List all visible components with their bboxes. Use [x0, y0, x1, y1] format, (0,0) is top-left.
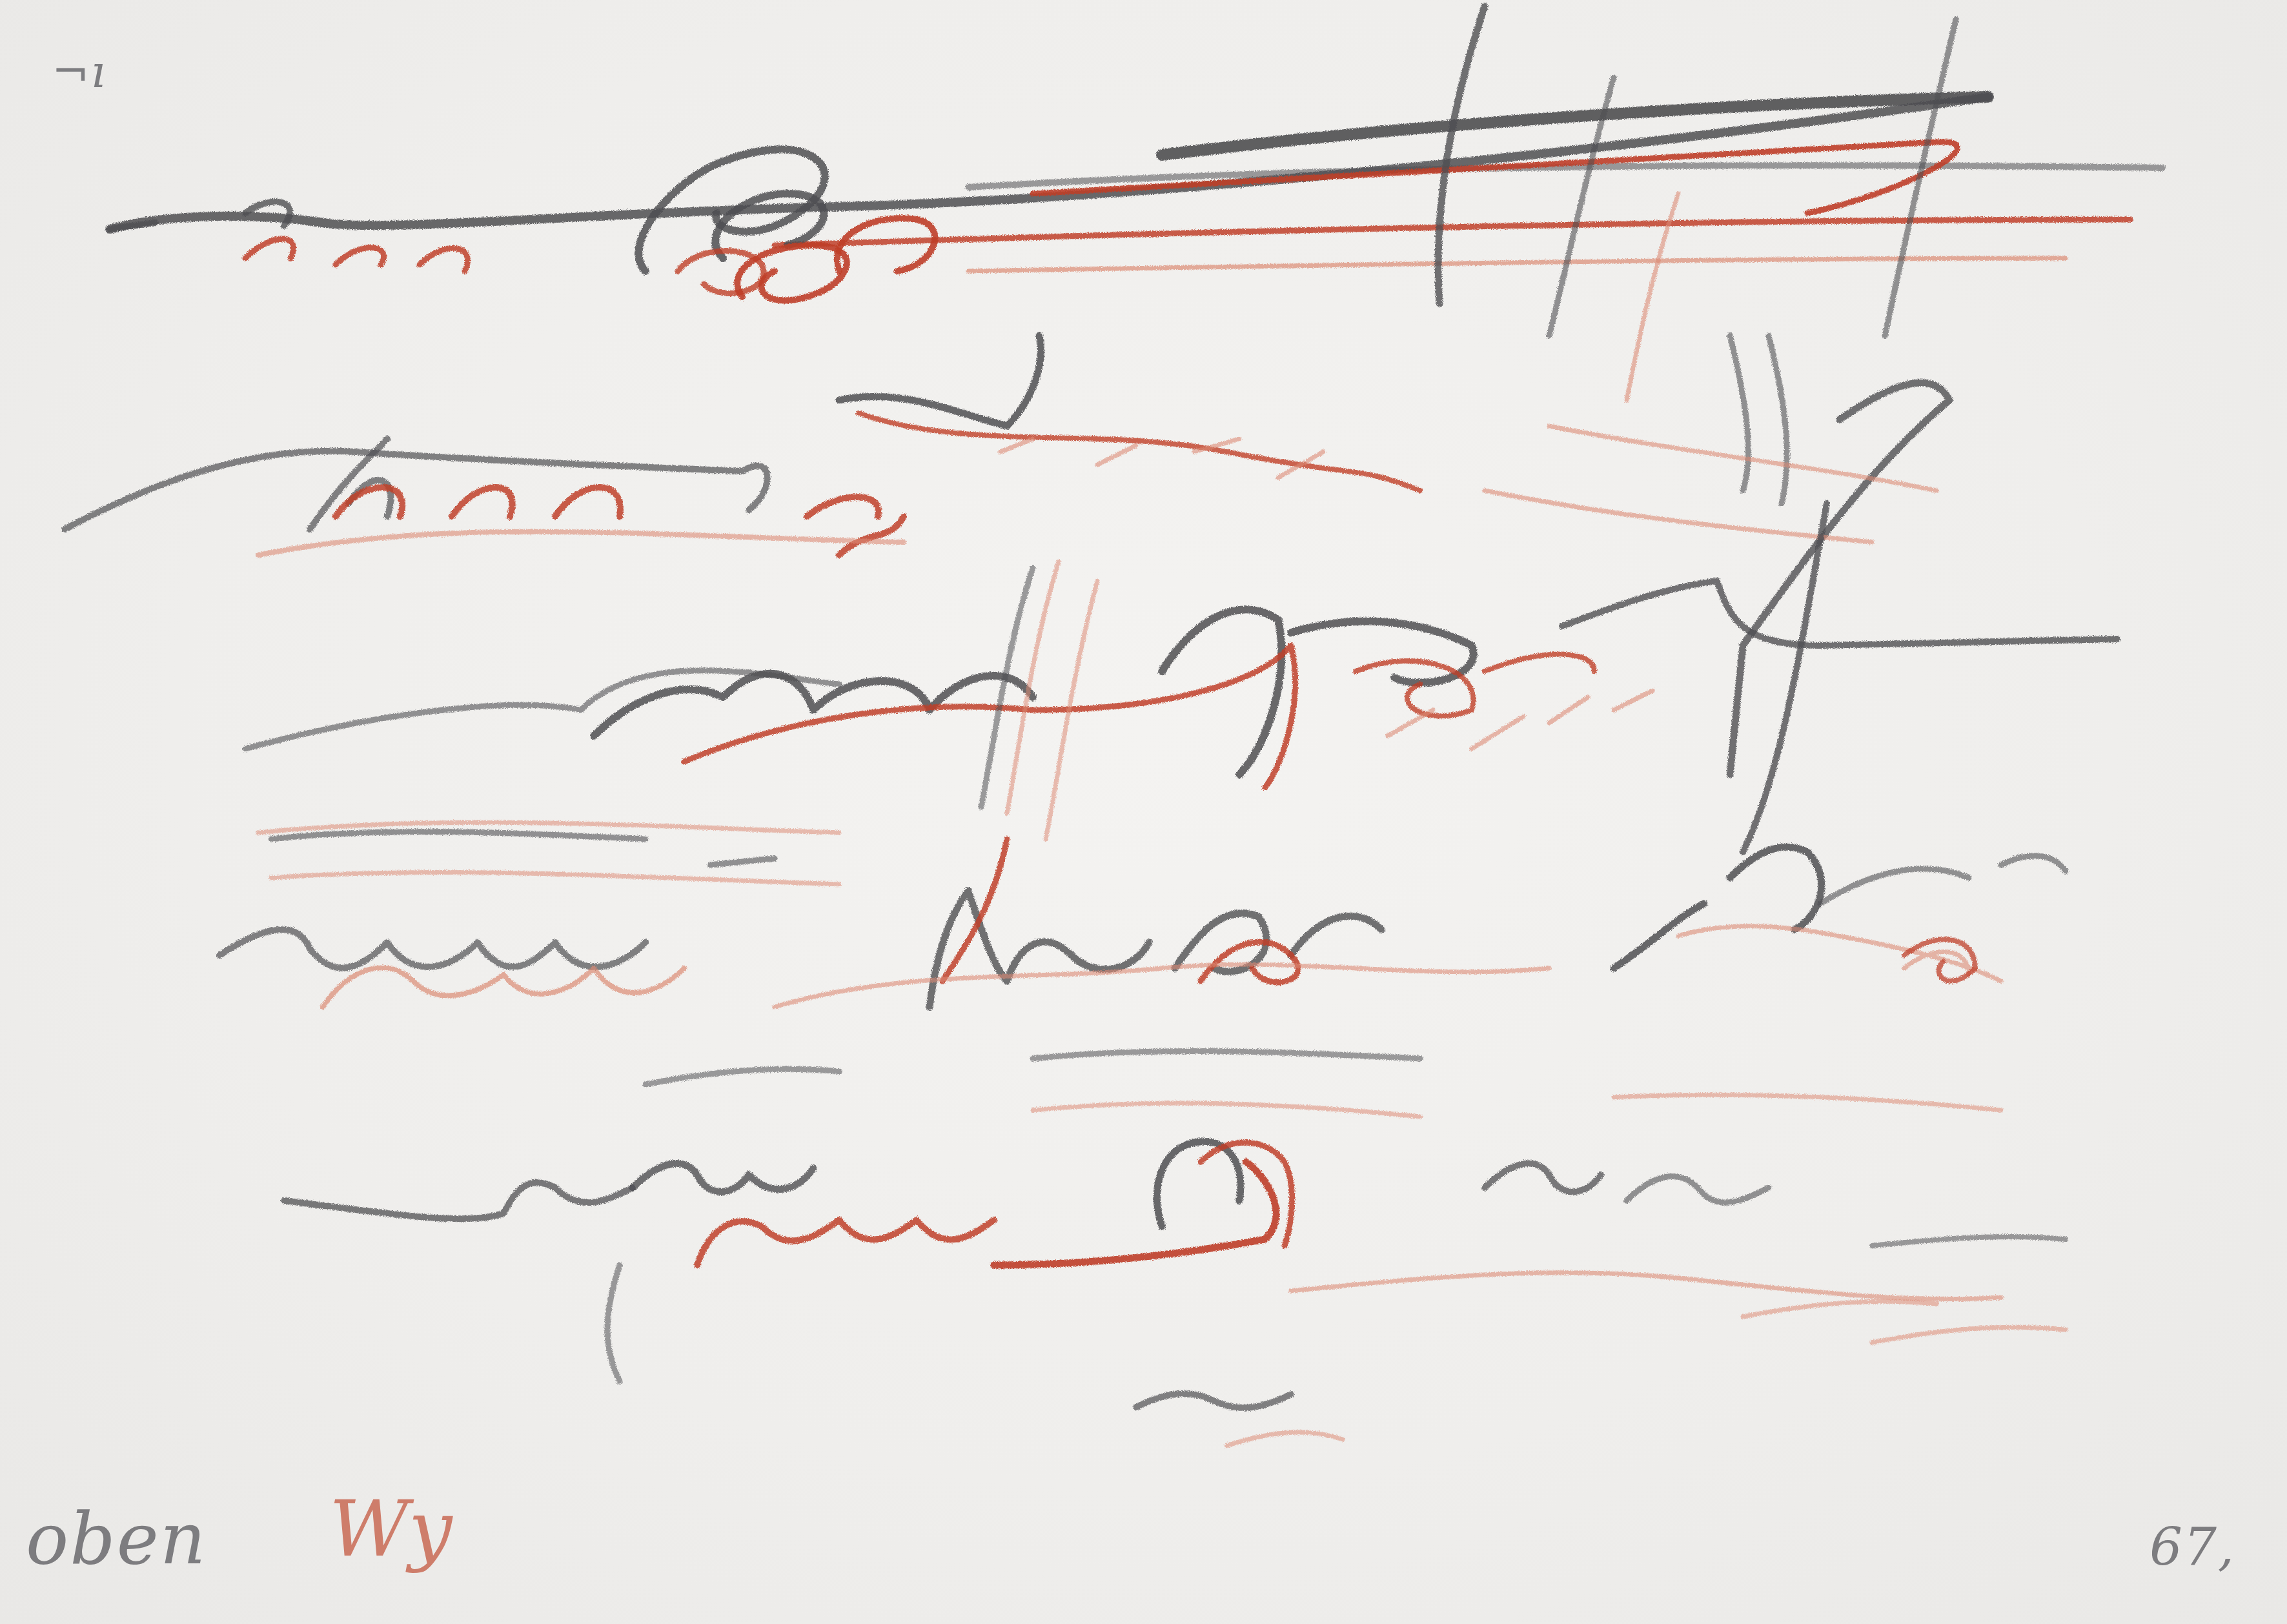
red-crayon-stroke	[1678, 926, 2001, 981]
graphite-stroke	[1157, 1141, 1241, 1226]
inscription-date: 67,	[2150, 1517, 2235, 1577]
graphite-stroke	[1730, 336, 1787, 503]
red-crayon-stroke	[1291, 1273, 2001, 1299]
red-crayon-stroke	[737, 245, 847, 300]
graphite-stroke	[633, 1164, 813, 1192]
inscription-signature: Wy	[329, 1485, 454, 1574]
red-crayon-stroke	[1226, 1432, 1343, 1446]
red-crayon-stroke	[775, 219, 2130, 245]
abstract-drawing	[0, 0, 2287, 1624]
red-crayon-stroke	[1388, 691, 1652, 749]
graphite-stroke	[1820, 856, 2066, 904]
red-crayon-stroke	[1033, 1095, 2001, 1117]
inscription-oben: oben	[26, 1497, 207, 1580]
stroke-layer	[65, 6, 2162, 1446]
red-crayon-stroke	[323, 968, 684, 1007]
graphite-stroke	[219, 929, 645, 968]
graphite-stroke	[1438, 6, 1485, 303]
graphite-stroke	[1627, 1177, 1769, 1203]
red-crayon-stroke	[775, 964, 1549, 1007]
red-crayon-stroke	[258, 532, 904, 555]
inscription-top-left: ¬ı	[52, 45, 107, 98]
red-crayon-stroke	[336, 487, 904, 555]
graphite-stroke	[1885, 19, 1956, 336]
graphite-stroke	[284, 1182, 633, 1219]
graphite-stroke	[645, 1051, 1420, 1084]
graphite-stroke	[1872, 1237, 2066, 1246]
graphite-stroke	[1743, 503, 1827, 852]
graphite-stroke	[1136, 1394, 1291, 1408]
graphite-stroke	[968, 165, 2162, 187]
graphite-stroke	[1614, 847, 1822, 968]
red-crayon-stroke	[245, 239, 468, 271]
red-crayon-stroke	[859, 413, 1420, 491]
red-crayon-stroke	[697, 1220, 994, 1265]
graphite-stroke	[839, 336, 1041, 426]
graphite-stroke	[1562, 581, 2117, 645]
red-crayon-stroke	[1743, 1301, 2066, 1343]
graphite-stroke	[607, 1265, 620, 1381]
graphite-stroke	[65, 451, 767, 529]
graphite-stroke	[1485, 1164, 1601, 1192]
graphite-stroke	[1730, 383, 1949, 775]
red-crayon-stroke	[994, 1162, 1276, 1265]
graphite-stroke	[271, 831, 775, 865]
red-crayon-stroke	[1201, 1142, 1292, 1246]
